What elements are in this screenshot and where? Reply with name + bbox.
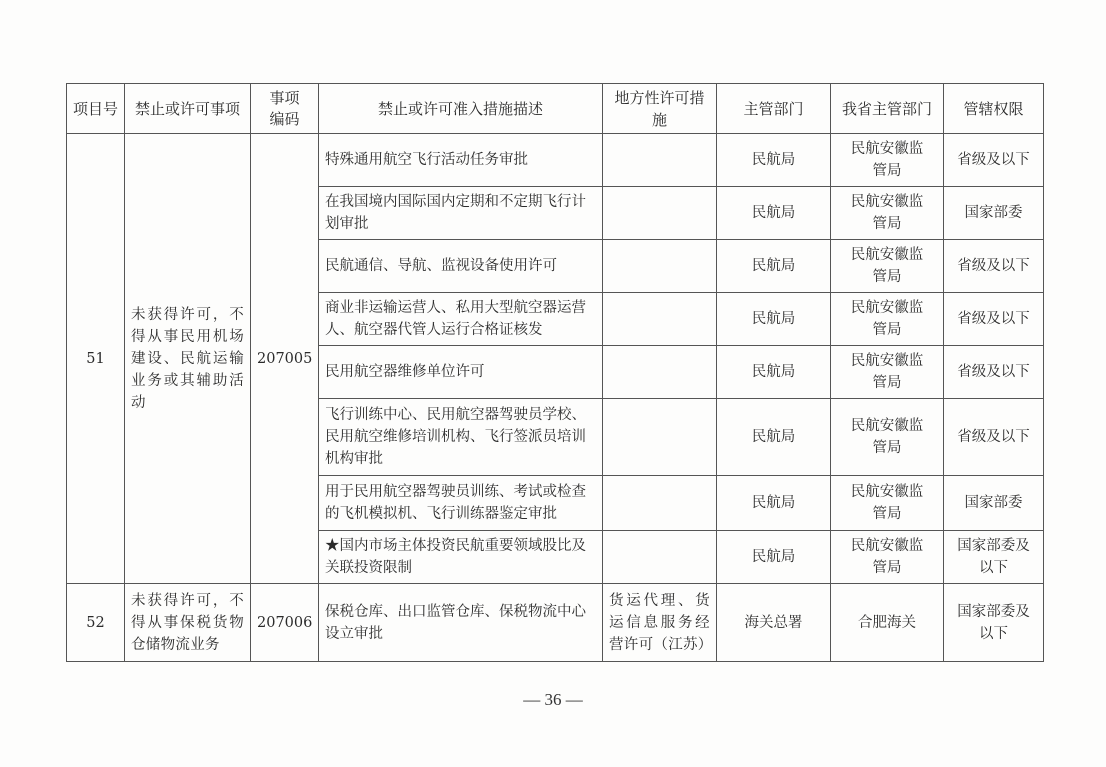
permit-table: 项目号 禁止或许可事项 事项 编码 禁止或许可准入措施描述 地方性许可措施 主管… (66, 83, 1044, 662)
header-code-line-2: 编码 (269, 110, 299, 128)
item-no-cell: 51 (67, 134, 125, 584)
document-page: 项目号 禁止或许可事项 事项 编码 禁止或许可准入措施描述 地方性许可措施 主管… (0, 0, 1106, 767)
dept-cell: 民航局 (717, 293, 831, 346)
description-cell: 在我国境内国际国内定期和不定期飞行计划审批 (319, 187, 603, 240)
item-cell: 未获得许可，不得从事保税货物仓储物流业务 (125, 584, 251, 662)
local-measure-cell: 货运代理、货运信息服务经营许可（江苏） (603, 584, 717, 662)
table-row: 51 未获得许可，不得从事民用机场建设、民航运输业务或其辅助活动 207005 … (67, 134, 1044, 187)
description-cell: 商业非运输运营人、私用大型航空器运营人、航空器代管人运行合格证核发 (319, 293, 603, 346)
dept-cell: 民航局 (717, 476, 831, 531)
jurisdiction-cell: 国家部委及以下 (944, 584, 1044, 662)
header-code-line-1: 事项 (269, 89, 299, 107)
jurisdiction-cell: 国家部委及以下 (944, 531, 1044, 584)
local-measure-cell (603, 240, 717, 293)
description-cell: 飞行训练中心、民用航空器驾驶员学校、民用航空维修培训机构、飞行签派员培训机构审批 (319, 399, 603, 476)
local-measure-cell (603, 134, 717, 187)
header-item-no: 项目号 (67, 84, 125, 134)
jurisdiction-cell: 省级及以下 (944, 293, 1044, 346)
dept-cell: 海关总署 (717, 584, 831, 662)
code-cell: 207006 (251, 584, 319, 662)
local-measure-cell (603, 399, 717, 476)
header-code: 事项 编码 (251, 84, 319, 134)
description-cell: 民用航空器维修单位许可 (319, 346, 603, 399)
header-item: 禁止或许可事项 (125, 84, 251, 134)
province-dept-cell: 民航安徽监管局 (831, 399, 944, 476)
jurisdiction-cell: 国家部委 (944, 187, 1044, 240)
dept-cell: 民航局 (717, 240, 831, 293)
dept-cell: 民航局 (717, 187, 831, 240)
province-dept-cell: 民航安徽监管局 (831, 476, 944, 531)
jurisdiction-cell: 省级及以下 (944, 240, 1044, 293)
local-measure-cell (603, 293, 717, 346)
item-cell: 未获得许可，不得从事民用机场建设、民航运输业务或其辅助活动 (125, 134, 251, 584)
header-local-measure: 地方性许可措施 (603, 84, 717, 134)
dept-cell: 民航局 (717, 531, 831, 584)
local-measure-cell (603, 187, 717, 240)
table-header-row: 项目号 禁止或许可事项 事项 编码 禁止或许可准入措施描述 地方性许可措施 主管… (67, 84, 1044, 134)
page-number: — 36 — (0, 690, 1106, 710)
jurisdiction-cell: 省级及以下 (944, 134, 1044, 187)
province-dept-cell: 民航安徽监管局 (831, 240, 944, 293)
jurisdiction-cell: 国家部委 (944, 476, 1044, 531)
local-measure-cell (603, 531, 717, 584)
header-province-dept: 我省主管部门 (831, 84, 944, 134)
item-no-cell: 52 (67, 584, 125, 662)
header-description: 禁止或许可准入措施描述 (319, 84, 603, 134)
description-cell: 用于民用航空器驾驶员训练、考试或检查的飞机模拟机、飞行训练器鉴定审批 (319, 476, 603, 531)
jurisdiction-cell: 省级及以下 (944, 346, 1044, 399)
local-measure-cell (603, 346, 717, 399)
table-row: 52 未获得许可，不得从事保税货物仓储物流业务 207006 保税仓库、出口监管… (67, 584, 1044, 662)
province-dept-cell: 民航安徽监管局 (831, 346, 944, 399)
province-dept-cell: 民航安徽监管局 (831, 531, 944, 584)
description-cell: 民航通信、导航、监视设备使用许可 (319, 240, 603, 293)
description-cell: 保税仓库、出口监管仓库、保税物流中心设立审批 (319, 584, 603, 662)
description-cell: ★国内市场主体投资民航重要领域股比及关联投资限制 (319, 531, 603, 584)
province-dept-cell: 民航安徽监管局 (831, 293, 944, 346)
province-dept-cell: 合肥海关 (831, 584, 944, 662)
dept-cell: 民航局 (717, 346, 831, 399)
local-measure-cell (603, 476, 717, 531)
dept-cell: 民航局 (717, 399, 831, 476)
jurisdiction-cell: 省级及以下 (944, 399, 1044, 476)
header-dept: 主管部门 (717, 84, 831, 134)
header-jurisdiction: 管辖权限 (944, 84, 1044, 134)
province-dept-cell: 民航安徽监管局 (831, 134, 944, 187)
code-cell: 207005 (251, 134, 319, 584)
dept-cell: 民航局 (717, 134, 831, 187)
description-cell: 特殊通用航空飞行活动任务审批 (319, 134, 603, 187)
province-dept-cell: 民航安徽监管局 (831, 187, 944, 240)
